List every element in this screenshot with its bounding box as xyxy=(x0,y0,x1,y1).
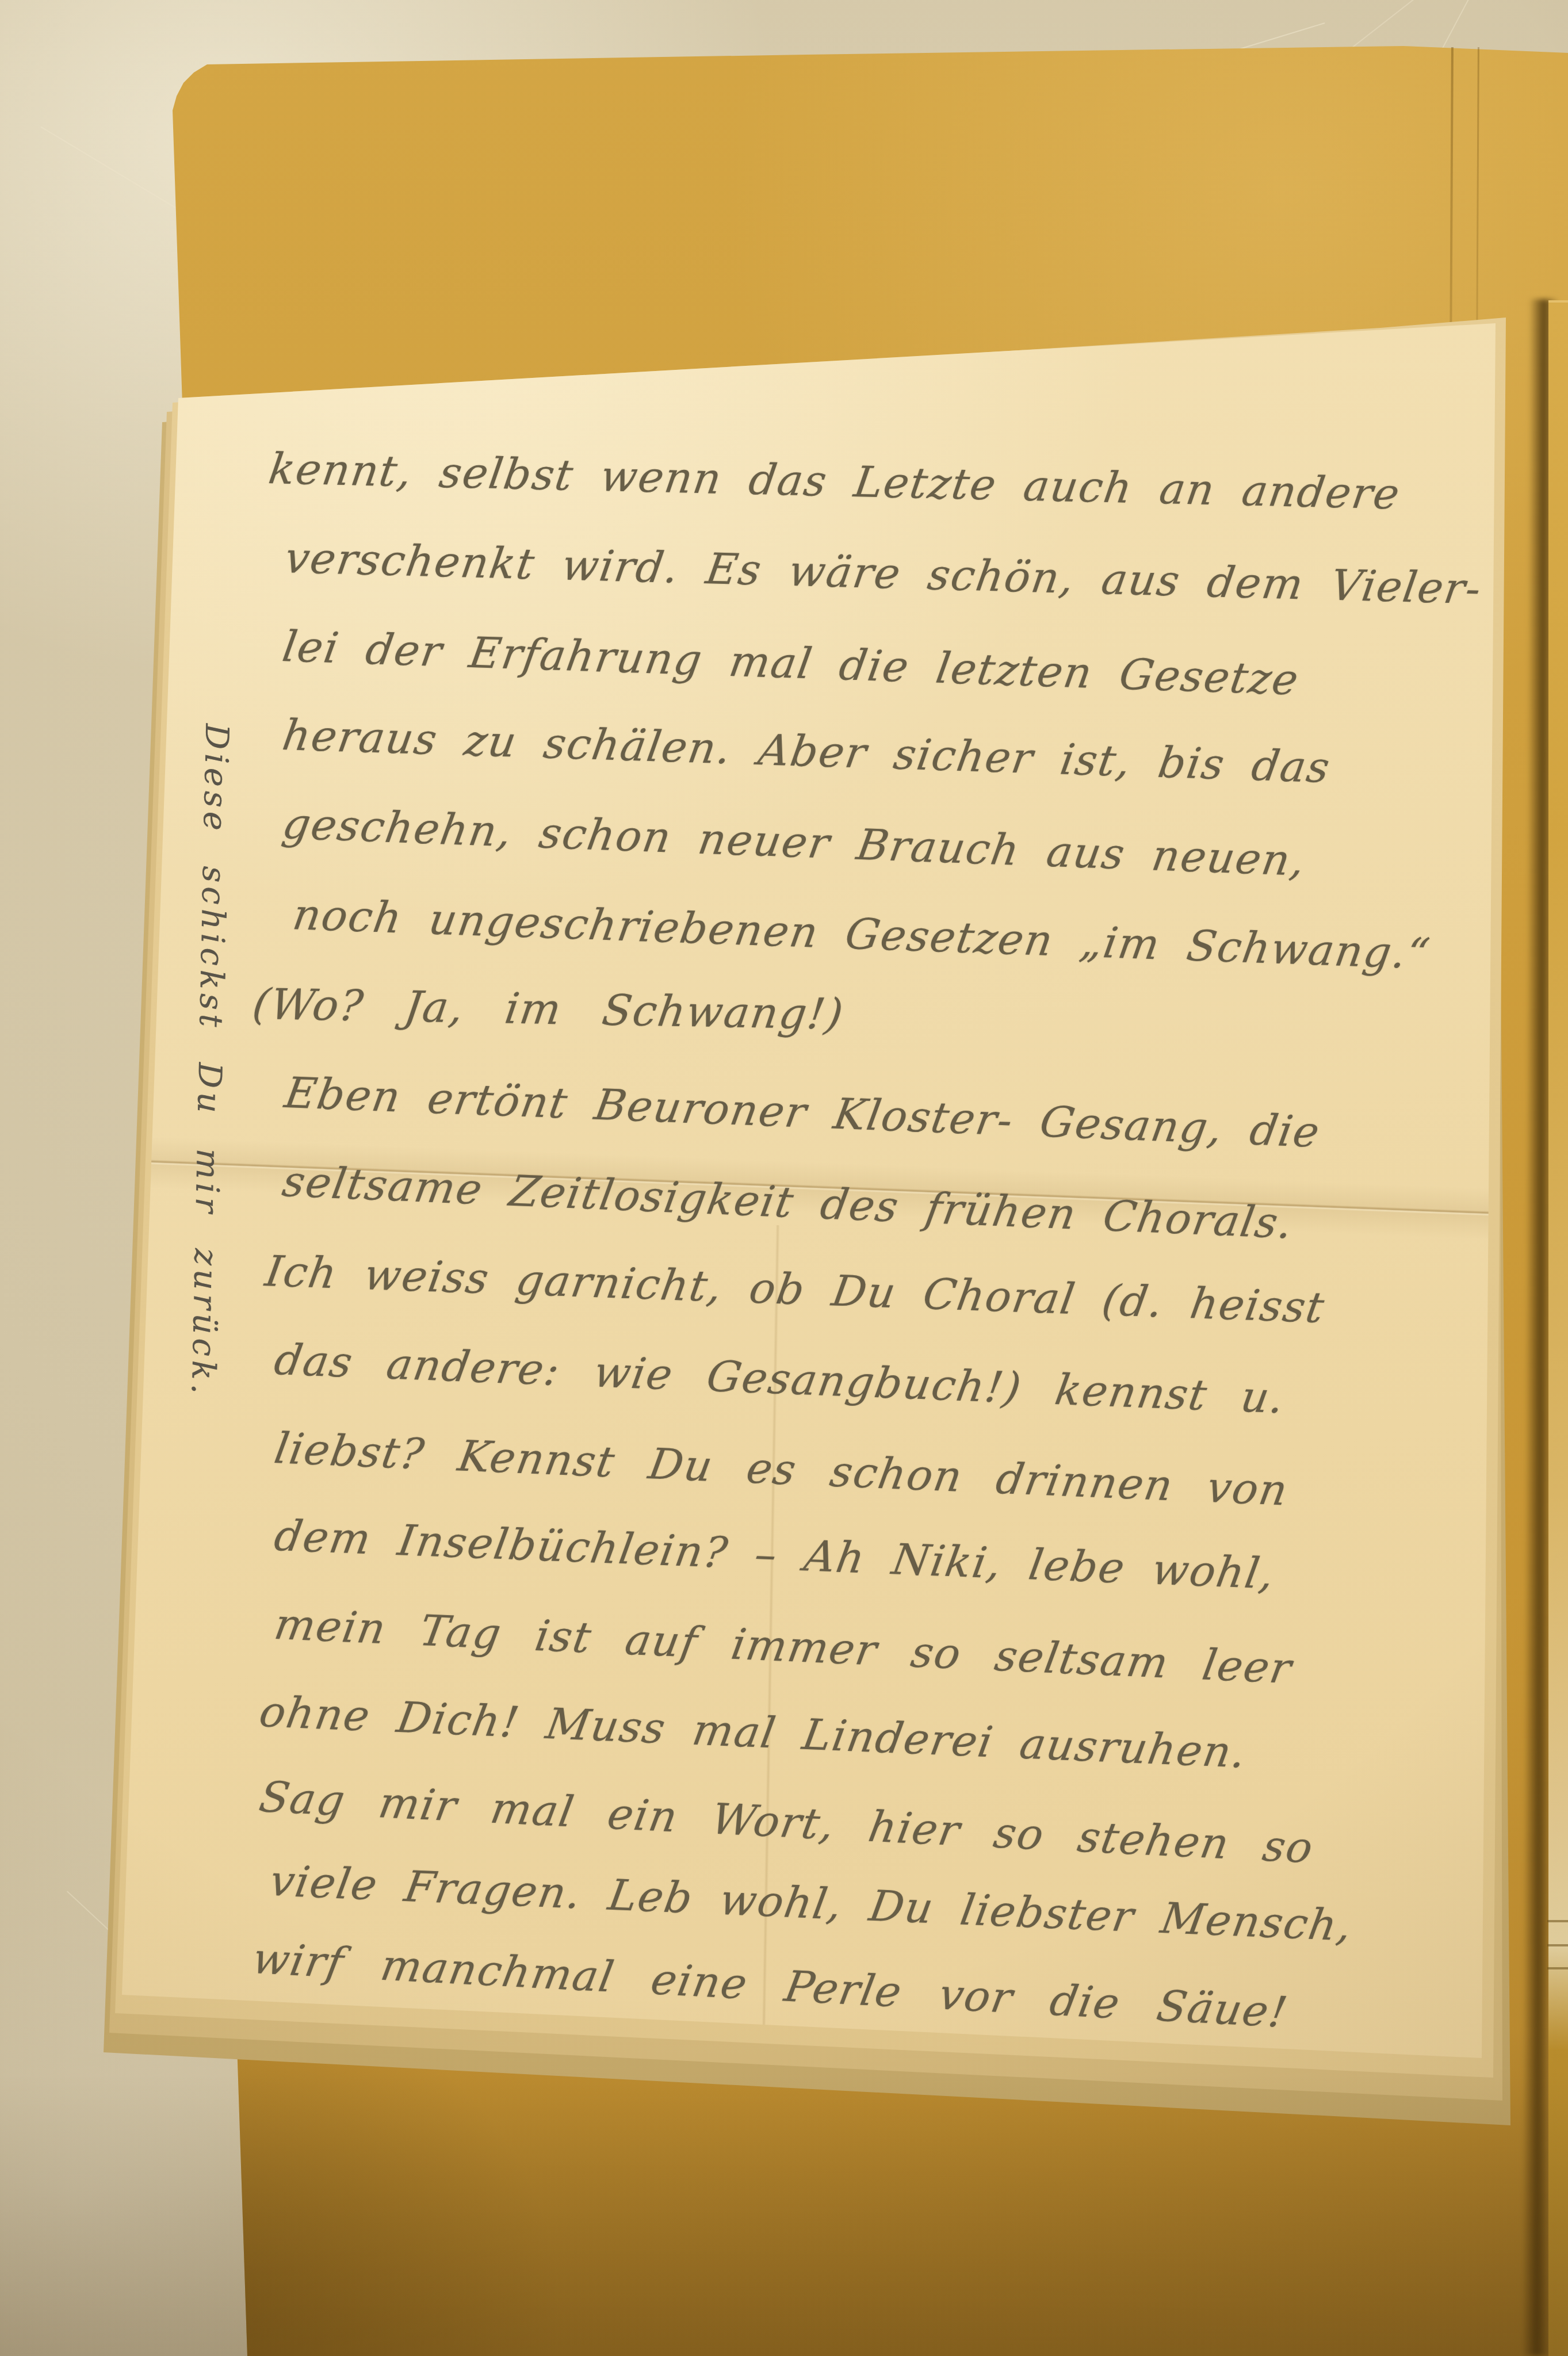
handwritten-line: geschehn, schon neuer Brauch aus neuen, xyxy=(280,801,1309,885)
handwritten-line: mein Tag ist auf immer so seltsam leer xyxy=(271,1601,1295,1692)
side-stack-sheet-edge xyxy=(1547,1967,1568,1969)
handwritten-line: liebst? Kennst Du es schon drinnen von xyxy=(271,1425,1291,1514)
handwritten-line: noch ungeschriebenen Gesetzen „im Schwan… xyxy=(290,892,1433,978)
handwritten-line: dem Inselbüchlein? – Ah Niki, lebe wohl, xyxy=(271,1513,1278,1598)
photo-scene: kennt, selbst wenn das Letzte auch an an… xyxy=(0,0,1568,2356)
handwritten-line: viele Fragen. Leb wohl, Du liebster Mens… xyxy=(266,1858,1356,1950)
margin-note: Diese schickst Du mir zurück. xyxy=(186,724,233,1399)
handwritten-line: heraus zu schälen. Aber sicher ist, bis … xyxy=(280,712,1334,791)
handwritten-line: ohne Dich! Muss mal Linderei ausruhen. xyxy=(256,1689,1250,1777)
second-folder-edge xyxy=(1548,300,1568,2356)
side-stack-sheet-edge xyxy=(1547,1944,1568,1946)
handwritten-line: Sag mir mal ein Wort, hier so stehen so xyxy=(256,1774,1317,1872)
handwritten-line: das andere: wie Gesangbuch!) kennst u. xyxy=(271,1337,1288,1422)
handwritten-line: (Wo? Ja, im Schwang!) xyxy=(250,981,847,1038)
handwritten-line: lei der Erfahrung mal die letzten Gesetz… xyxy=(280,624,1302,704)
side-stack-sheet-edge xyxy=(1547,1920,1568,1922)
handwritten-line: Eben ertönt Beuroner Kloster- Gesang, di… xyxy=(281,1070,1323,1156)
handwritten-line: Ich weiss garnicht, ob Du Choral (d. hei… xyxy=(262,1248,1328,1332)
handwritten-line: verschenkt wird. Es wäre schön, aus dem … xyxy=(282,535,1485,613)
handwritten-line: kennt, selbst wenn das Letzte auch an an… xyxy=(266,446,1403,518)
